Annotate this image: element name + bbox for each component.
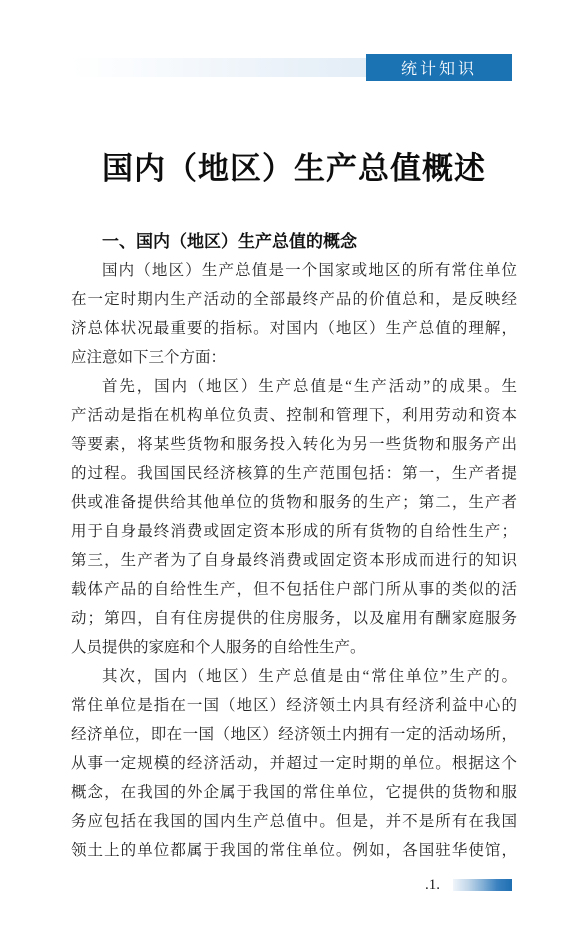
body-line: 经济单位，即在一国（地区）经济领土内拥有一定的活动场所， [71, 720, 517, 749]
page-number: .1. [425, 877, 440, 894]
body-line: 产活动是指在机构单位负责、控制和管理下，利用劳动和资本 [71, 401, 517, 430]
header-gradient-band [72, 58, 366, 77]
body-line: 济总体状况最重要的指标。对国内（地区）生产总值的理解， [71, 314, 517, 343]
body-line: 首先，国内（地区）生产总值是“生产活动”的成果。生 [71, 372, 517, 401]
section-heading: 一、国内（地区）生产总值的概念 [71, 227, 517, 256]
page-header: 统计知识 [72, 54, 512, 81]
body-line: 领土上的单位都属于我国的常住单位。例如，各国驻华使馆， [71, 836, 517, 865]
body-line: 第三，生产者为了自身最终消费或固定资本形成而进行的知识 [71, 546, 517, 575]
book-page: 统计知识 国内（地区）生产总值概述 一、国内（地区）生产总值的概念 国内（地区）… [0, 0, 588, 946]
body-content: 一、国内（地区）生产总值的概念 国内（地区）生产总值是一个国家或地区的所有常住单… [71, 227, 517, 865]
series-label-badge: 统计知识 [366, 54, 512, 81]
body-line: 动；第四，自有住房提供的住房服务，以及雇用有酬家庭服务 [71, 604, 517, 633]
body-line: 概念，在我国的外企属于我国的常住单位，它提供的货物和服 [71, 778, 517, 807]
body-line: 国内（地区）生产总值是一个国家或地区的所有常住单位 [71, 256, 517, 285]
page-footer: .1. [72, 875, 512, 895]
body-line: 务应包括在我国的国内生产总值中。但是，并不是所有在我国 [71, 807, 517, 836]
body-line: 人员提供的家庭和个人服务的自给性生产。 [71, 633, 517, 662]
body-line: 常住单位是指在一国（地区）经济领土内具有经济利益中心的 [71, 691, 517, 720]
body-text: 国内（地区）生产总值是一个国家或地区的所有常住单位在一定时期内生产活动的全部最终… [71, 256, 517, 865]
footer-gradient-bar [453, 879, 512, 891]
body-line: 其次，国内（地区）生产总值是由“常住单位”生产的。 [71, 662, 517, 691]
body-line: 的过程。我国国民经济核算的生产范围包括：第一，生产者提 [71, 459, 517, 488]
body-line: 在一定时期内生产活动的全部最终产品的价值总和，是反映经 [71, 285, 517, 314]
body-line: 用于自身最终消费或固定资本形成的所有货物的自给性生产； [71, 517, 517, 546]
body-line: 载体产品的自给性生产，但不包括住户部门所从事的类似的活 [71, 575, 517, 604]
body-line: 等要素，将某些货物和服务投入转化为另一些货物和服务产出 [71, 430, 517, 459]
page-title: 国内（地区）生产总值概述 [72, 143, 516, 188]
body-line: 应注意如下三个方面： [71, 343, 517, 372]
body-line: 从事一定规模的经济活动，并超过一定时期的单位。根据这个 [71, 749, 517, 778]
body-line: 供或准备提供给其他单位的货物和服务的生产；第二，生产者 [71, 488, 517, 517]
